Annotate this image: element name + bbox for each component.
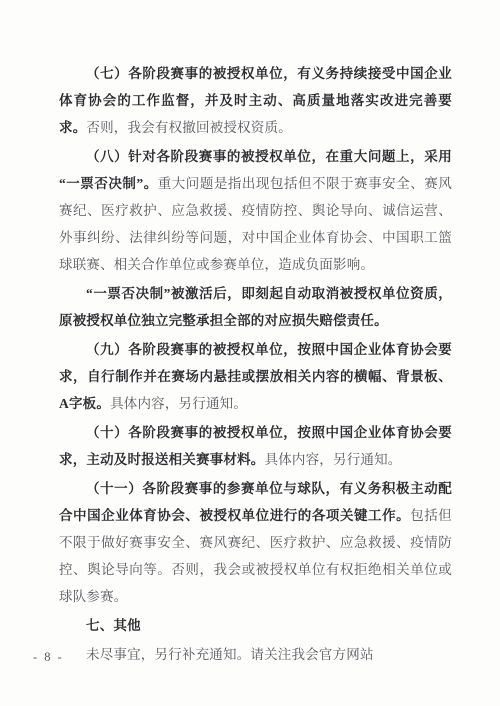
paragraph: 未尽事宜，另行补充通知。请关注我会官方网站 xyxy=(59,641,452,668)
emphasis-text-segment: （十一）各阶段赛事的参赛单位与球队，有义务积极主动配合中国企业体育协会、被授权单… xyxy=(59,481,452,523)
text-segment: 具体内容，另行通知。 xyxy=(265,452,402,467)
text-segment: 未尽事宜，另行补充通知。请关注我会官方网站 xyxy=(86,647,374,662)
paragraph: （七）各阶段赛事的被授权单位，有义务持续接受中国企业体育协会的工作监督，并及时主… xyxy=(59,60,452,141)
emphasis-text-segment: 七、其他 xyxy=(86,618,141,633)
paragraph: “一票否决制”被激活后，即刻起自动取消被授权单位资质，原被授权单位独立完整承担全… xyxy=(59,280,452,334)
paragraph: （十一）各阶段赛事的参赛单位与球队，有义务积极主动配合中国企业体育协会、被授权单… xyxy=(59,475,452,610)
document-page: （七）各阶段赛事的被授权单位，有义务持续接受中国企业体育协会的工作监督，并及时主… xyxy=(0,0,500,706)
page-number: - 8 - xyxy=(33,650,64,665)
paragraph: （八）针对各阶段赛事的被授权单位，在重大问题上，采用“一票否决制”。重大问题是指… xyxy=(59,143,452,278)
paragraph: （九）各阶段赛事的被授权单位，按照中国企业体育协会要求，自行制作并在赛场内悬挂或… xyxy=(59,336,452,417)
section-heading: 七、其他 xyxy=(59,612,452,639)
text-segment: 否则，我会有权撤回被授权资质。 xyxy=(86,120,292,135)
text-segment: 具体内容，另行通知。 xyxy=(110,396,247,411)
emphasis-text-segment: “一票否决制”被激活后，即刻起自动取消被授权单位资质，原被授权单位独立完整承担全… xyxy=(59,286,452,328)
paragraph: （十）各阶段赛事的被授权单位，按照中国企业体育协会要求，主动及时报送相关赛事材料… xyxy=(59,419,452,473)
document-body: （七）各阶段赛事的被授权单位，有义务持续接受中国企业体育协会的工作监督，并及时主… xyxy=(59,60,452,670)
